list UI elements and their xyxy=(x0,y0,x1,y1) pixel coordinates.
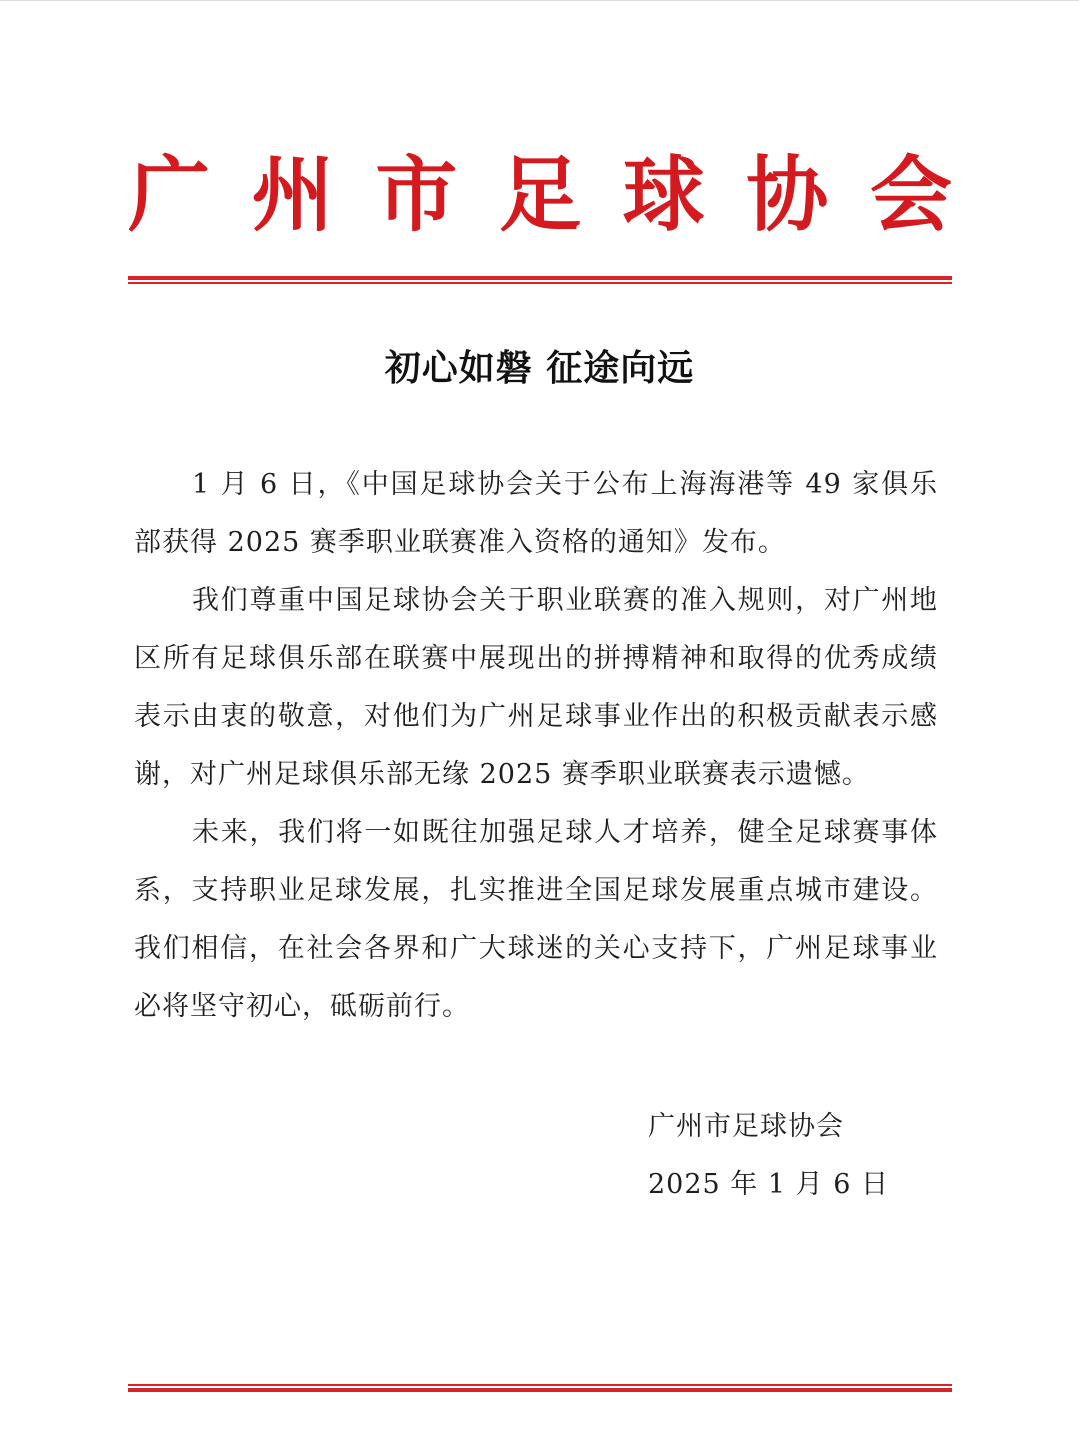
top-border xyxy=(0,0,1079,1)
masthead-char: 球 xyxy=(623,154,705,236)
paragraph: 1 月 6 日，《中国足球协会关于公布上海海港等 49 家俱乐部获得 2025 … xyxy=(134,456,938,572)
signature-organization: 广州市足球协会 xyxy=(648,1098,889,1156)
masthead-char: 州 xyxy=(252,154,334,236)
signature-date: 2025 年 1 月 6 日 xyxy=(648,1156,889,1214)
header-divider xyxy=(128,276,952,284)
masthead-char: 广 xyxy=(128,154,210,236)
masthead-char: 会 xyxy=(870,154,952,236)
masthead-char: 足 xyxy=(499,154,581,236)
masthead-char: 市 xyxy=(375,154,457,236)
document-body: 1 月 6 日，《中国足球协会关于公布上海海港等 49 家俱乐部获得 2025 … xyxy=(134,456,938,1036)
masthead-char: 协 xyxy=(746,154,828,236)
paragraph: 未来，我们将一如既往加强足球人才培养，健全足球赛事体系，支持职业足球发展，扎实推… xyxy=(134,804,938,1036)
signature-block: 广州市足球协会 2025 年 1 月 6 日 xyxy=(648,1098,889,1214)
document-title: 初心如磐 征途向远 xyxy=(0,340,1079,391)
letterhead-masthead: 广 州 市 足 球 协 会 xyxy=(128,140,952,250)
footer-divider xyxy=(128,1384,952,1392)
paragraph: 我们尊重中国足球协会关于职业联赛的准入规则，对广州地区所有足球俱乐部在联赛中展现… xyxy=(134,572,938,804)
